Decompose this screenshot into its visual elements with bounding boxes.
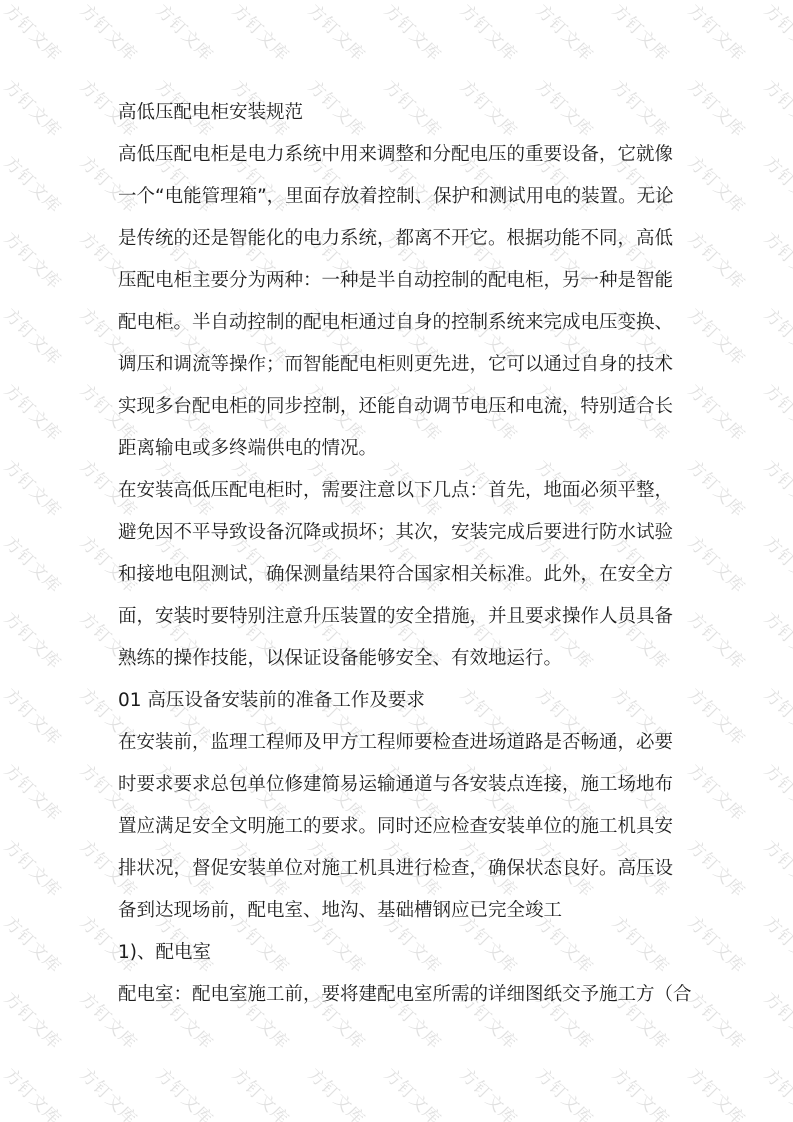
document-title: 高低压配电柜安装规范 bbox=[118, 92, 676, 134]
watermark-text: 方钉文库 bbox=[0, 377, 68, 446]
watermark-text: 方钉文库 bbox=[760, 985, 793, 1054]
watermark-text: 方钉文库 bbox=[608, 0, 677, 66]
watermark-text: 方钉文库 bbox=[684, 909, 753, 978]
text-line: 距离输电或多终端供电的情况。 bbox=[118, 428, 676, 470]
text-line: 实现多台配电柜的同步控制，还能自动调节电压和电流，特别适合长 bbox=[118, 386, 676, 428]
text-line: 压配电柜主要分为两种：一种是半自动控制的配电柜，另一种是智能 bbox=[118, 260, 676, 302]
text-line: 排状况，督促安装单位对施工机具进行检查，确保状态良好。高压设 bbox=[118, 848, 676, 890]
watermark-text: 方钉文库 bbox=[760, 73, 793, 142]
watermark-text: 方钉文库 bbox=[0, 0, 68, 66]
watermark-text: 方钉文库 bbox=[760, 0, 793, 66]
watermark-text: 方钉文库 bbox=[684, 377, 753, 446]
watermark-text: 方钉文库 bbox=[152, 0, 221, 66]
watermark-text: 方钉文库 bbox=[152, 1061, 221, 1122]
text-line: 是传统的还是智能化的电力系统，都离不开它。根据功能不同，高低 bbox=[118, 218, 676, 260]
text-line: 配电柜。半自动控制的配电柜通过自身的控制系统来完成电压变换、 bbox=[118, 302, 676, 344]
watermark-text: 方钉文库 bbox=[684, 149, 753, 218]
watermark-text: 方钉文库 bbox=[0, 833, 68, 902]
watermark-text: 方钉文库 bbox=[760, 225, 793, 294]
watermark-text: 方钉文库 bbox=[684, 1061, 753, 1122]
watermark-text: 方钉文库 bbox=[228, 0, 297, 66]
watermark-text: 方钉文库 bbox=[684, 453, 753, 522]
watermark-text: 方钉文库 bbox=[684, 301, 753, 370]
watermark-text: 方钉文库 bbox=[0, 1061, 68, 1122]
watermark-text: 方钉文库 bbox=[760, 757, 793, 826]
document-content: 高低压配电柜安装规范高低压配电柜是电力系统中用来调整和分配电压的重要设备，它就像… bbox=[118, 92, 676, 1016]
text-line: 和接地电阻测试，确保测量结果符合国家相关标准。此外，在安全方 bbox=[118, 554, 676, 596]
text-line: 置应满足安全文明施工的要求。同时还应检查安装单位的施工机具安 bbox=[118, 806, 676, 848]
watermark-text: 方钉文库 bbox=[0, 149, 68, 218]
subsection-heading: 1)、配电室 bbox=[118, 932, 676, 974]
watermark-text: 方钉文库 bbox=[0, 453, 68, 522]
watermark-text: 方钉文库 bbox=[304, 1061, 373, 1122]
document-page: 方钉文库方钉文库方钉文库方钉文库方钉文库方钉文库方钉文库方钉文库方钉文库方钉文库… bbox=[0, 0, 793, 1122]
watermark-text: 方钉文库 bbox=[380, 1061, 449, 1122]
watermark-text: 方钉文库 bbox=[0, 681, 68, 750]
watermark-text: 方钉文库 bbox=[304, 0, 373, 66]
text-line: 配电室：配电室施工前，要将建配电室所需的详细图纸交予施工方（合 bbox=[118, 974, 676, 1016]
watermark-text: 方钉文库 bbox=[456, 1061, 525, 1122]
watermark-text: 方钉文库 bbox=[684, 681, 753, 750]
watermark-text: 方钉文库 bbox=[228, 1061, 297, 1122]
watermark-text: 方钉文库 bbox=[760, 529, 793, 598]
text-line: 熟练的操作技能，以保证设备能够安全、有效地运行。 bbox=[118, 638, 676, 680]
watermark-text: 方钉文库 bbox=[684, 833, 753, 902]
watermark-text: 方钉文库 bbox=[0, 909, 68, 978]
watermark-text: 方钉文库 bbox=[684, 605, 753, 674]
watermark-text: 方钉文库 bbox=[0, 529, 68, 598]
watermark-text: 方钉文库 bbox=[760, 149, 793, 218]
watermark-text: 方钉文库 bbox=[532, 1061, 601, 1122]
watermark-text: 方钉文库 bbox=[760, 453, 793, 522]
text-line: 避免因不平导致设备沉降或损坏；其次，安装完成后要进行防水试验 bbox=[118, 512, 676, 554]
watermark-text: 方钉文库 bbox=[760, 301, 793, 370]
watermark-text: 方钉文库 bbox=[532, 0, 601, 66]
watermark-text: 方钉文库 bbox=[684, 73, 753, 142]
watermark-text: 方钉文库 bbox=[608, 1061, 677, 1122]
text-line: 在安装高低压配电柜时，需要注意以下几点：首先，地面必须平整， bbox=[118, 470, 676, 512]
watermark-text: 方钉文库 bbox=[0, 301, 68, 370]
watermark-text: 方钉文库 bbox=[760, 909, 793, 978]
watermark-text: 方钉文库 bbox=[380, 0, 449, 66]
text-line: 备到达现场前，配电室、地沟、基础槽钢应已完全竣工 bbox=[118, 890, 676, 932]
text-line: 高低压配电柜是电力系统中用来调整和分配电压的重要设备，它就像 bbox=[118, 134, 676, 176]
watermark-text: 方钉文库 bbox=[684, 0, 753, 66]
watermark-text: 方钉文库 bbox=[0, 225, 68, 294]
text-line: 一个“电能管理箱”，里面存放着控制、保护和测试用电的装置。无论 bbox=[118, 176, 676, 218]
watermark-text: 方钉文库 bbox=[0, 605, 68, 674]
watermark-text: 方钉文库 bbox=[760, 377, 793, 446]
watermark-text: 方钉文库 bbox=[0, 985, 68, 1054]
watermark-text: 方钉文库 bbox=[684, 225, 753, 294]
watermark-text: 方钉文库 bbox=[684, 985, 753, 1054]
watermark-text: 方钉文库 bbox=[760, 681, 793, 750]
watermark-text: 方钉文库 bbox=[0, 757, 68, 826]
text-line: 在安装前，监理工程师及甲方工程师要检查进场道路是否畅通，必要 bbox=[118, 722, 676, 764]
watermark-text: 方钉文库 bbox=[76, 0, 145, 66]
watermark-text: 方钉文库 bbox=[760, 833, 793, 902]
watermark-text: 方钉文库 bbox=[456, 0, 525, 66]
watermark-text: 方钉文库 bbox=[0, 73, 68, 142]
watermark-text: 方钉文库 bbox=[684, 529, 753, 598]
watermark-text: 方钉文库 bbox=[760, 605, 793, 674]
watermark-text: 方钉文库 bbox=[76, 1061, 145, 1122]
watermark-text: 方钉文库 bbox=[760, 1061, 793, 1122]
text-line: 调压和调流等操作；而智能配电柜则更先进，它可以通过自身的技术 bbox=[118, 344, 676, 386]
watermark-text: 方钉文库 bbox=[684, 757, 753, 826]
text-line: 面，安装时要特别注意升压装置的安全措施，并且要求操作人员具备 bbox=[118, 596, 676, 638]
text-line: 时要求要求总包单位修建简易运输通道与各安装点连接，施工场地布 bbox=[118, 764, 676, 806]
section-heading: 01 高压设备安装前的准备工作及要求 bbox=[118, 680, 676, 722]
